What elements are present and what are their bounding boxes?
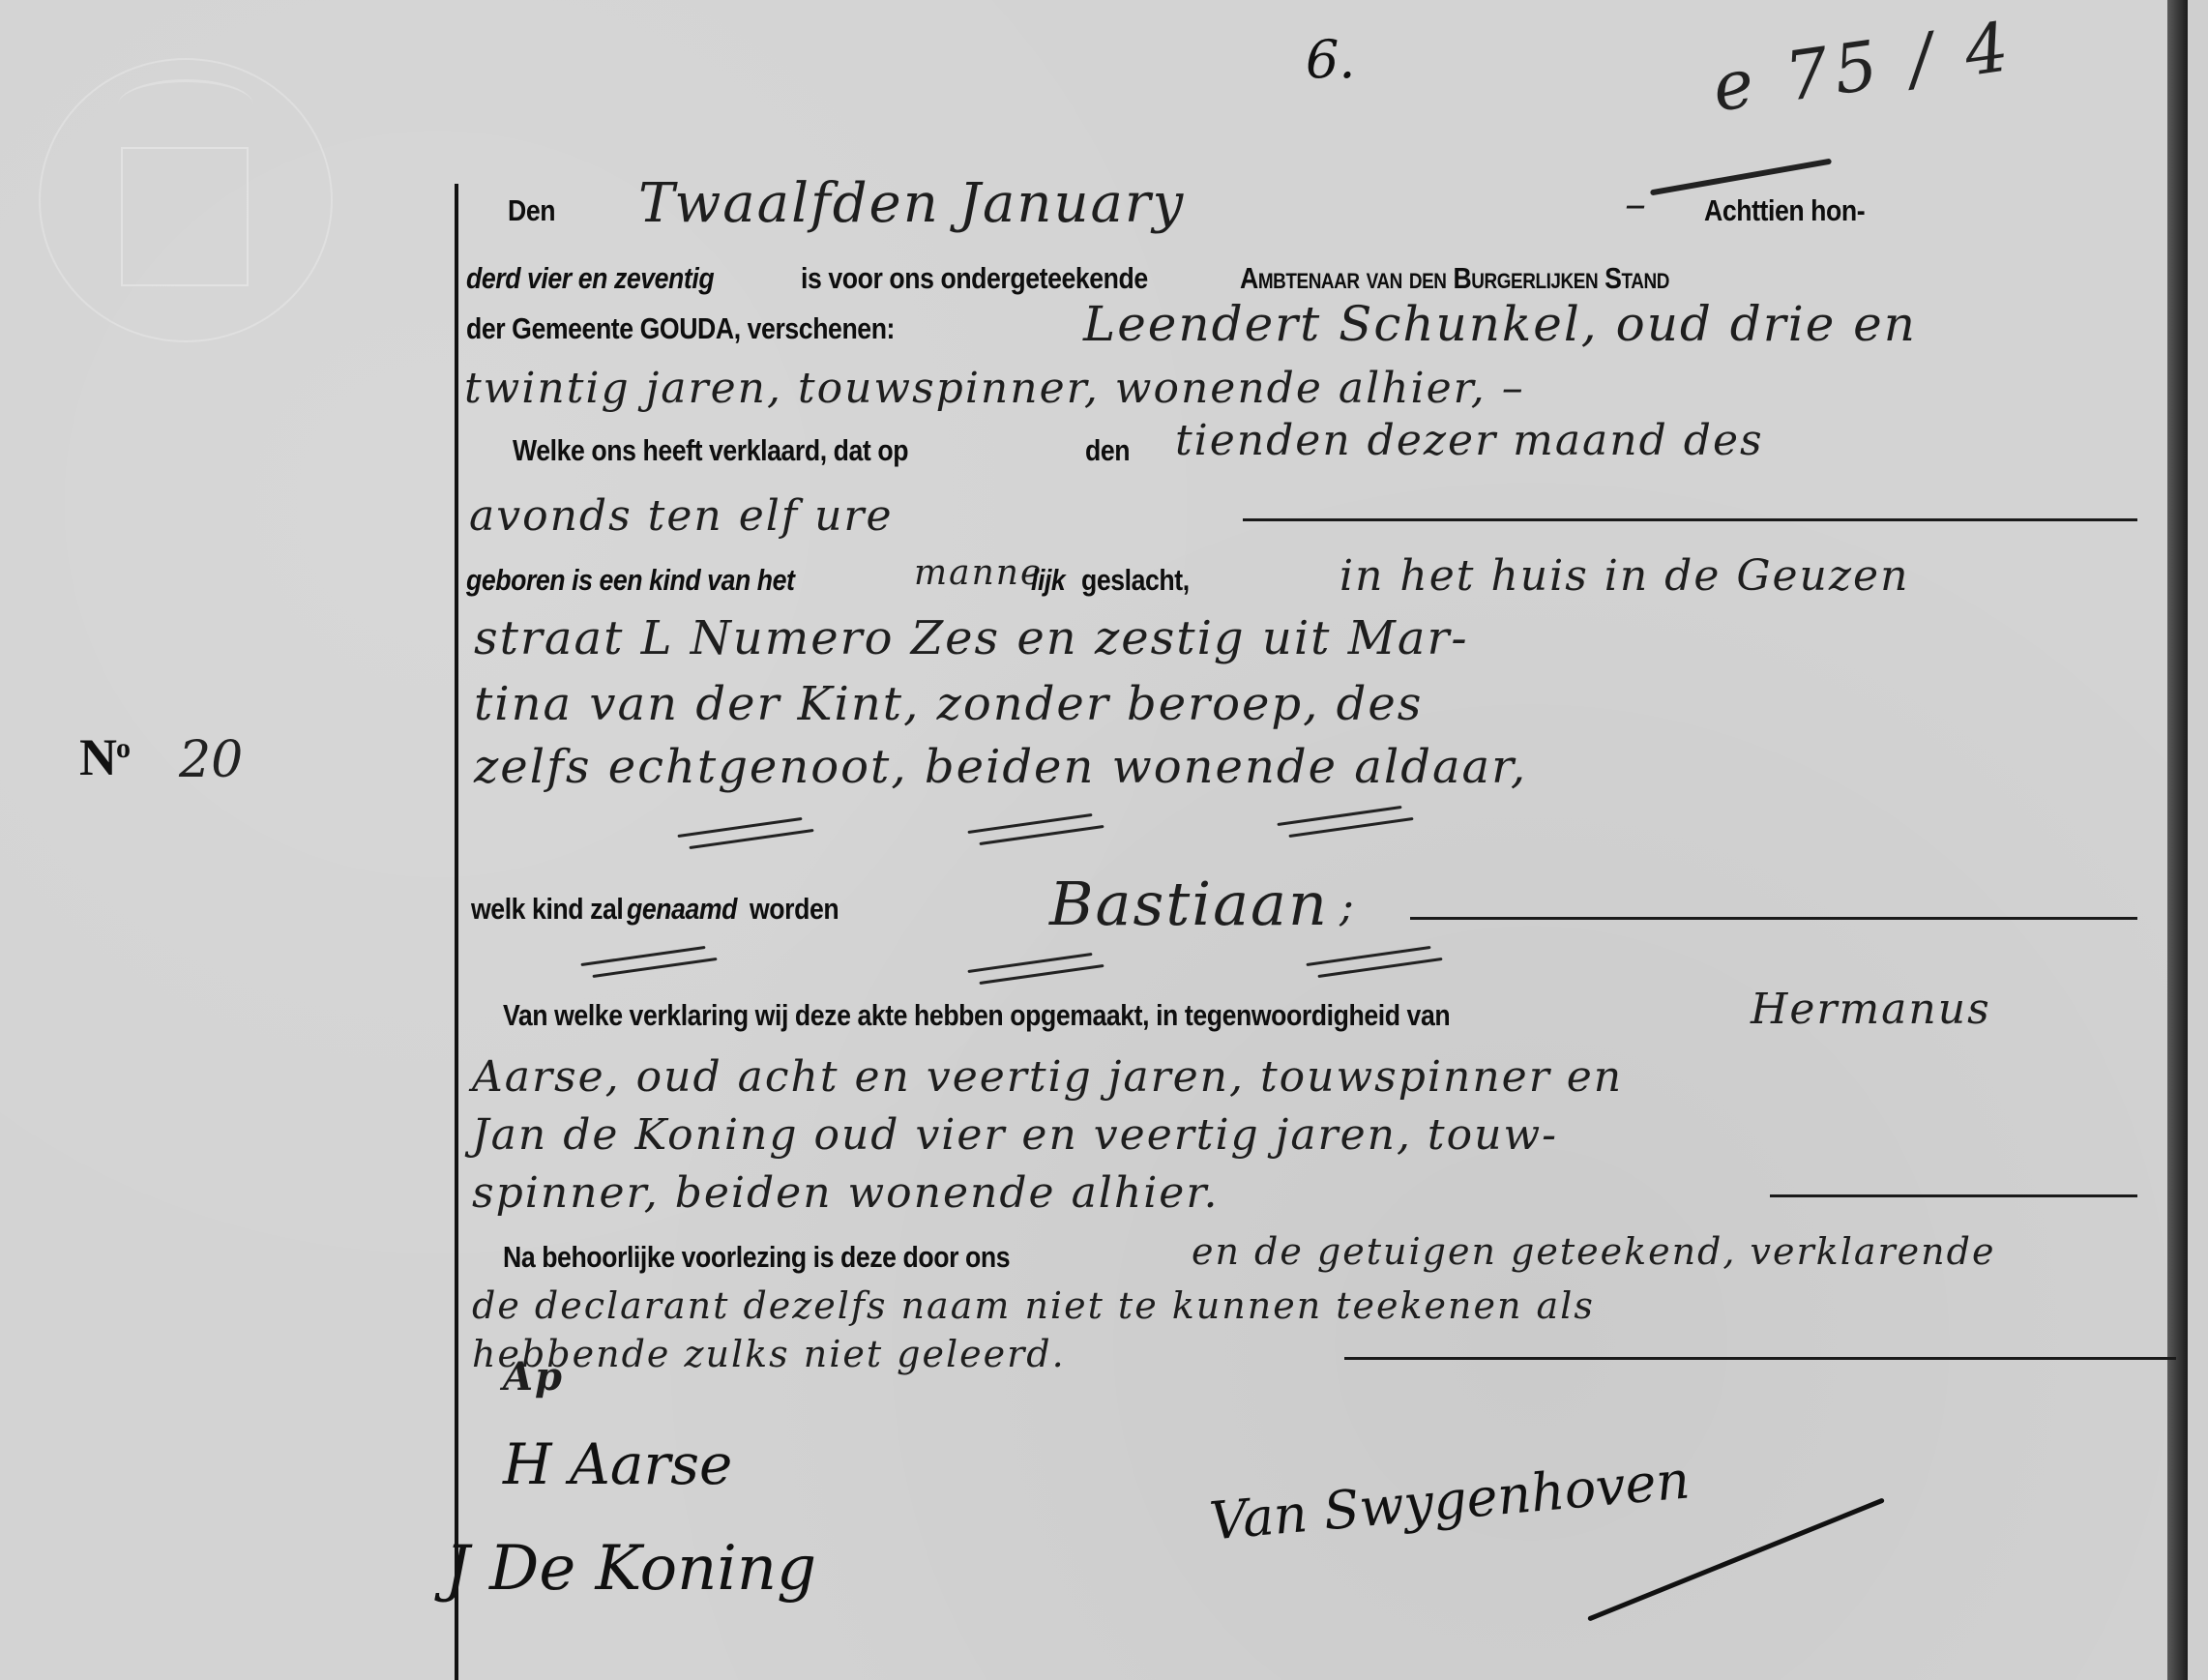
printed-worden: worden: [750, 892, 839, 927]
flourish-mark: [967, 820, 1103, 841]
seal-crown-icon: [118, 79, 253, 131]
seal-shield-icon: [121, 147, 249, 286]
fill-line: [1243, 518, 2137, 521]
handwritten-gender: manne: [914, 553, 1043, 593]
signature-witness-1: H Aarse: [503, 1431, 732, 1497]
handwritten-child-name: Bastiaan: [1049, 869, 1329, 939]
printed-witness-intro: Van welke verklaring wij deze akte hebbe…: [503, 998, 1450, 1033]
reference-underline: [1650, 159, 1832, 196]
handwritten-mother-details: zelfs echtgenoot, beiden wonende aldaar,: [474, 740, 1527, 794]
name-semicolon: ;: [1340, 882, 1356, 931]
handwritten-date: Twaalfden January: [638, 172, 1185, 235]
embossed-seal: [39, 58, 333, 342]
printed-welk-kind: welk kind zal: [471, 892, 623, 927]
printed-declared: Welke ons heeft verklaard, dat op: [513, 433, 908, 468]
printed-den-2: den: [1085, 433, 1130, 468]
handwritten-witness-2: Jan de Koning oud vier en veertig jaren,…: [472, 1110, 1558, 1160]
printed-den: Den: [508, 193, 555, 228]
signature-official: Van Swygenhoven: [1207, 1449, 1692, 1551]
flourish-mark: [580, 953, 716, 974]
printed-year-start: Achttien hon-: [1704, 193, 1865, 228]
handwritten-witness-residence: spinner, beiden wonende alhier.: [472, 1168, 1220, 1218]
act-number-value: 20: [179, 731, 243, 789]
printed-genaamd: genaamd: [627, 892, 737, 927]
printed-municipality: der Gemeente GOUDA, verschenen:: [466, 311, 895, 346]
printed-declaration: is voor ons ondergeteekende: [801, 261, 1148, 296]
flourish-mark: [1306, 953, 1441, 974]
handwritten-cannot-sign: de declarant dezelfs naam niet te kunnen…: [472, 1284, 1595, 1327]
handwritten-declarant: Leendert Schunkel, oud drie en: [1083, 296, 1917, 352]
handwritten-declarant-details: twintig jaren, touwspinner, wonende alhi…: [464, 364, 1525, 413]
handwritten-signing: en de getuigen geteekend, verklarende: [1192, 1230, 1995, 1273]
margin-rule: [455, 184, 458, 1680]
handwritten-mother-name: tina van der Kint, zonder beroep, des: [474, 677, 1423, 731]
reference-code: e 75 / 4: [1708, 7, 2019, 128]
printed-lijk: lijk: [1031, 563, 1065, 598]
handwritten-birth-place: in het huis in de Geuzen: [1340, 551, 1909, 601]
approval-mark: Ap: [503, 1354, 564, 1400]
reference-number: 6.: [1306, 29, 1356, 90]
flourish-mark: [1277, 812, 1412, 834]
page-edge-shadow: [2167, 0, 2188, 1680]
printed-reading: Na behoorlijke voorlezing is deze door o…: [503, 1240, 1010, 1275]
handwritten-birth-day: tienden dezer maand des: [1175, 416, 1764, 465]
flourish-mark: [677, 824, 812, 845]
act-number-label: No: [79, 727, 130, 787]
printed-geboren: geboren is een kind van het: [466, 563, 795, 598]
printed-year-end: derd vier en zeventig: [466, 261, 714, 296]
printed-geslacht: geslacht,: [1081, 563, 1190, 598]
date-dash: –: [1625, 180, 1648, 229]
handwritten-witness-1-details: Aarse, oud acht en veertig jaren, touwsp…: [472, 1052, 1623, 1102]
fill-line: [1344, 1357, 2176, 1360]
handwritten-address-mother: straat L Numero Zes en zestig uit Mar-: [474, 611, 1469, 665]
handwritten-birth-time: avonds ten elf ure: [469, 491, 894, 541]
signature-witness-2: J De Koning: [445, 1533, 816, 1605]
printed-official-title: Ambtenaar van den Burgerlijken Stand: [1240, 261, 1669, 296]
handwritten-witness-1-first: Hermanus: [1751, 985, 1991, 1034]
signature-flourish: [1587, 1497, 1885, 1621]
fill-line: [1410, 917, 2137, 920]
birth-gender-line: geboren is een kind van het: [466, 563, 848, 598]
document-page: No 20 6. e 75 / 4 Den Twaalfden January …: [0, 0, 2188, 1680]
flourish-mark: [967, 959, 1103, 981]
fill-line: [1770, 1194, 2137, 1197]
